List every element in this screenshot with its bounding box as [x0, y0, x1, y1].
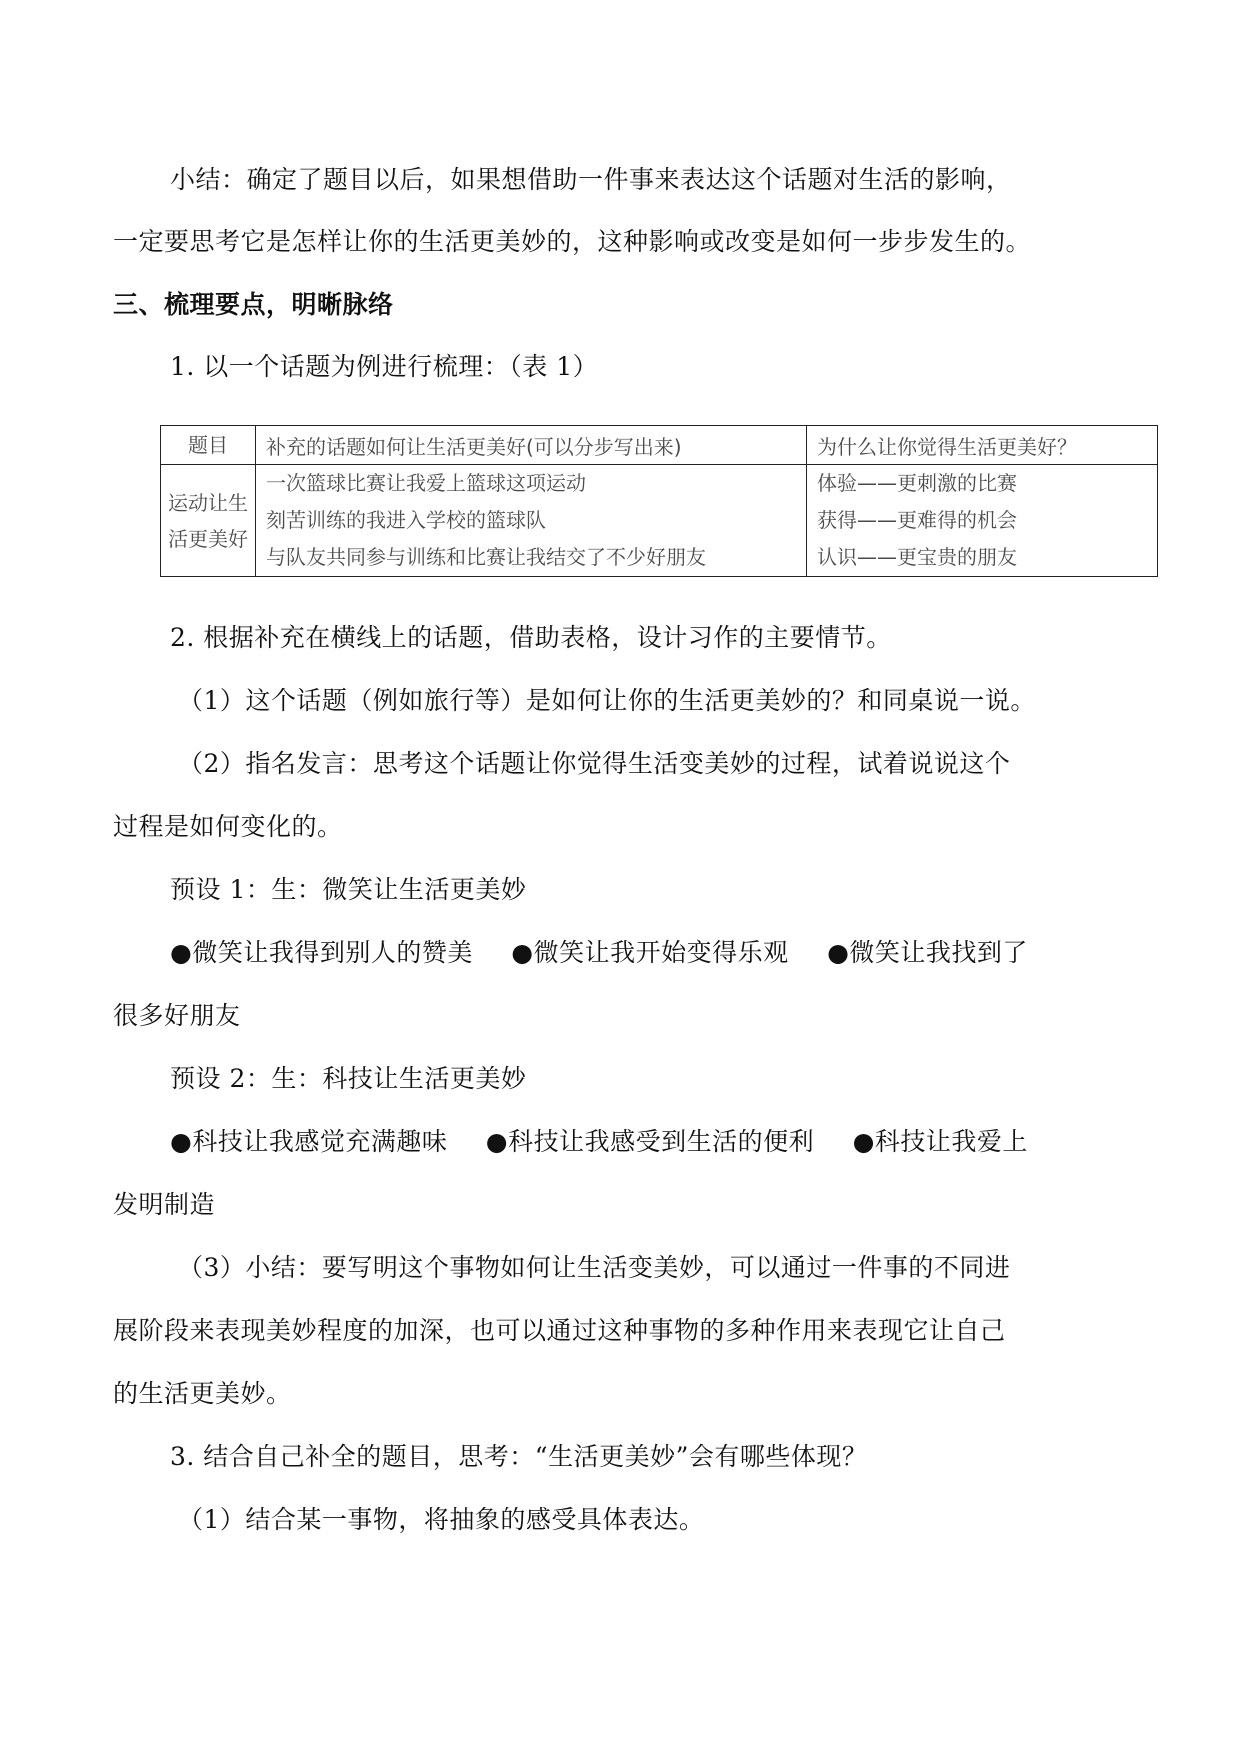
table-row: 运动让生 活更美好 一次篮球比赛让我爱上篮球这项运动 刻苦训练的我进入学校的篮球… — [161, 465, 1158, 577]
item-2-question-2-line-1: （2）指名发言：思考这个话题让你觉得生活变美妙的过程，试着说说这个 — [178, 748, 1010, 780]
item-2-title: 2. 根据补充在横线上的话题，借助表格，设计习作的主要情节。 — [170, 622, 892, 654]
item-2-summary-line-2: 展阶段来表现美妙程度的加深，也可以通过这种事物的多种作用来表现它让自己 — [113, 1315, 1006, 1347]
step-line: 刻苦训练的我进入学校的篮球队 — [266, 502, 796, 539]
summary-paragraph-line-2: 一定要思考它是怎样让你的生活更美妙的，这种影响或改变是如何一步步发生的。 — [113, 226, 1031, 258]
topic-line: 活更美好 — [165, 521, 251, 557]
summary-paragraph-line-1: 小结：确定了题目以后，如果想借助一件事来表达这个话题对生活的影响， — [170, 164, 1012, 196]
step-line: 一次篮球比赛让我爱上篮球这项运动 — [266, 465, 796, 502]
step-line: 与队友共同参与训练和比赛让我结交了不少好朋友 — [266, 539, 796, 576]
bullet-item: ●微笑让我得到别人的赞美 — [170, 938, 473, 967]
bullet-item: ●科技让我感觉充满趣味 — [170, 1127, 447, 1156]
item-3-question-1: （1）结合某一事物，将抽象的感受具体表达。 — [178, 1504, 704, 1536]
steps-cell: 一次篮球比赛让我爱上篮球这项运动 刻苦训练的我进入学校的篮球队 与队友共同参与训… — [256, 465, 807, 577]
preset-1-bullets: ●微笑让我得到别人的赞美 ●微笑让我开始变得乐观 ●微笑让我找到了 — [170, 937, 1058, 969]
item-2-summary-line-3: 的生活更美妙。 — [113, 1378, 292, 1410]
section-heading: 三、梳理要点，明晰脉络 — [113, 289, 394, 321]
item-2-question-2-line-2: 过程是如何变化的。 — [113, 811, 343, 843]
reason-line: 认识——更宝贵的朋友 — [817, 539, 1147, 576]
topic-line: 运动让生 — [165, 485, 251, 521]
preset-2-title: 预设 2：生：科技让生活更美妙 — [170, 1063, 526, 1095]
item-3-title: 3. 结合自己补全的题目，思考：“生活更美妙”会有哪些体现？ — [170, 1441, 867, 1473]
topic-table: 题目 补充的话题如何让生活更美好(可以分步写出来) 为什么让你觉得生活更美好？ … — [160, 425, 1158, 577]
preset-1-title: 预设 1：生：微笑让生活更美妙 — [170, 874, 526, 906]
topic-cell: 运动让生 活更美好 — [161, 465, 256, 577]
bullet-item: ●科技让我感受到生活的便利 — [486, 1127, 814, 1156]
table-header-cell: 补充的话题如何让生活更美好(可以分步写出来) — [256, 426, 807, 465]
item-1-title: 1. 以一个话题为例进行梳理：（表 1） — [170, 351, 598, 383]
preset-1-continuation: 很多好朋友 — [113, 1000, 241, 1032]
table-header-row: 题目 补充的话题如何让生活更美好(可以分步写出来) 为什么让你觉得生活更美好？ — [161, 426, 1158, 465]
table-header-cell: 为什么让你觉得生活更美好？ — [807, 426, 1158, 465]
bullet-item: ●科技让我爱上 — [853, 1127, 1028, 1156]
reason-line: 体验——更刺激的比赛 — [817, 465, 1147, 502]
table-header-cell: 题目 — [161, 426, 256, 465]
preset-2-bullets: ●科技让我感觉充满趣味 ●科技让我感受到生活的便利 ●科技让我爱上 — [170, 1126, 1058, 1158]
bullet-item: ●微笑让我找到了 — [827, 938, 1028, 967]
item-2-summary-line-1: （3）小结：要写明这个事物如何让生活变美妙，可以通过一件事的不同进 — [178, 1252, 1010, 1284]
bullet-item: ●微笑让我开始变得乐观 — [511, 938, 788, 967]
preset-2-continuation: 发明制造 — [113, 1189, 215, 1221]
reason-line: 获得——更难得的机会 — [817, 502, 1147, 539]
reasons-cell: 体验——更刺激的比赛 获得——更难得的机会 认识——更宝贵的朋友 — [807, 465, 1158, 577]
item-2-question-1: （1）这个话题（例如旅行等）是如何让你的生活更美妙的？和同桌说一说。 — [178, 685, 1036, 717]
